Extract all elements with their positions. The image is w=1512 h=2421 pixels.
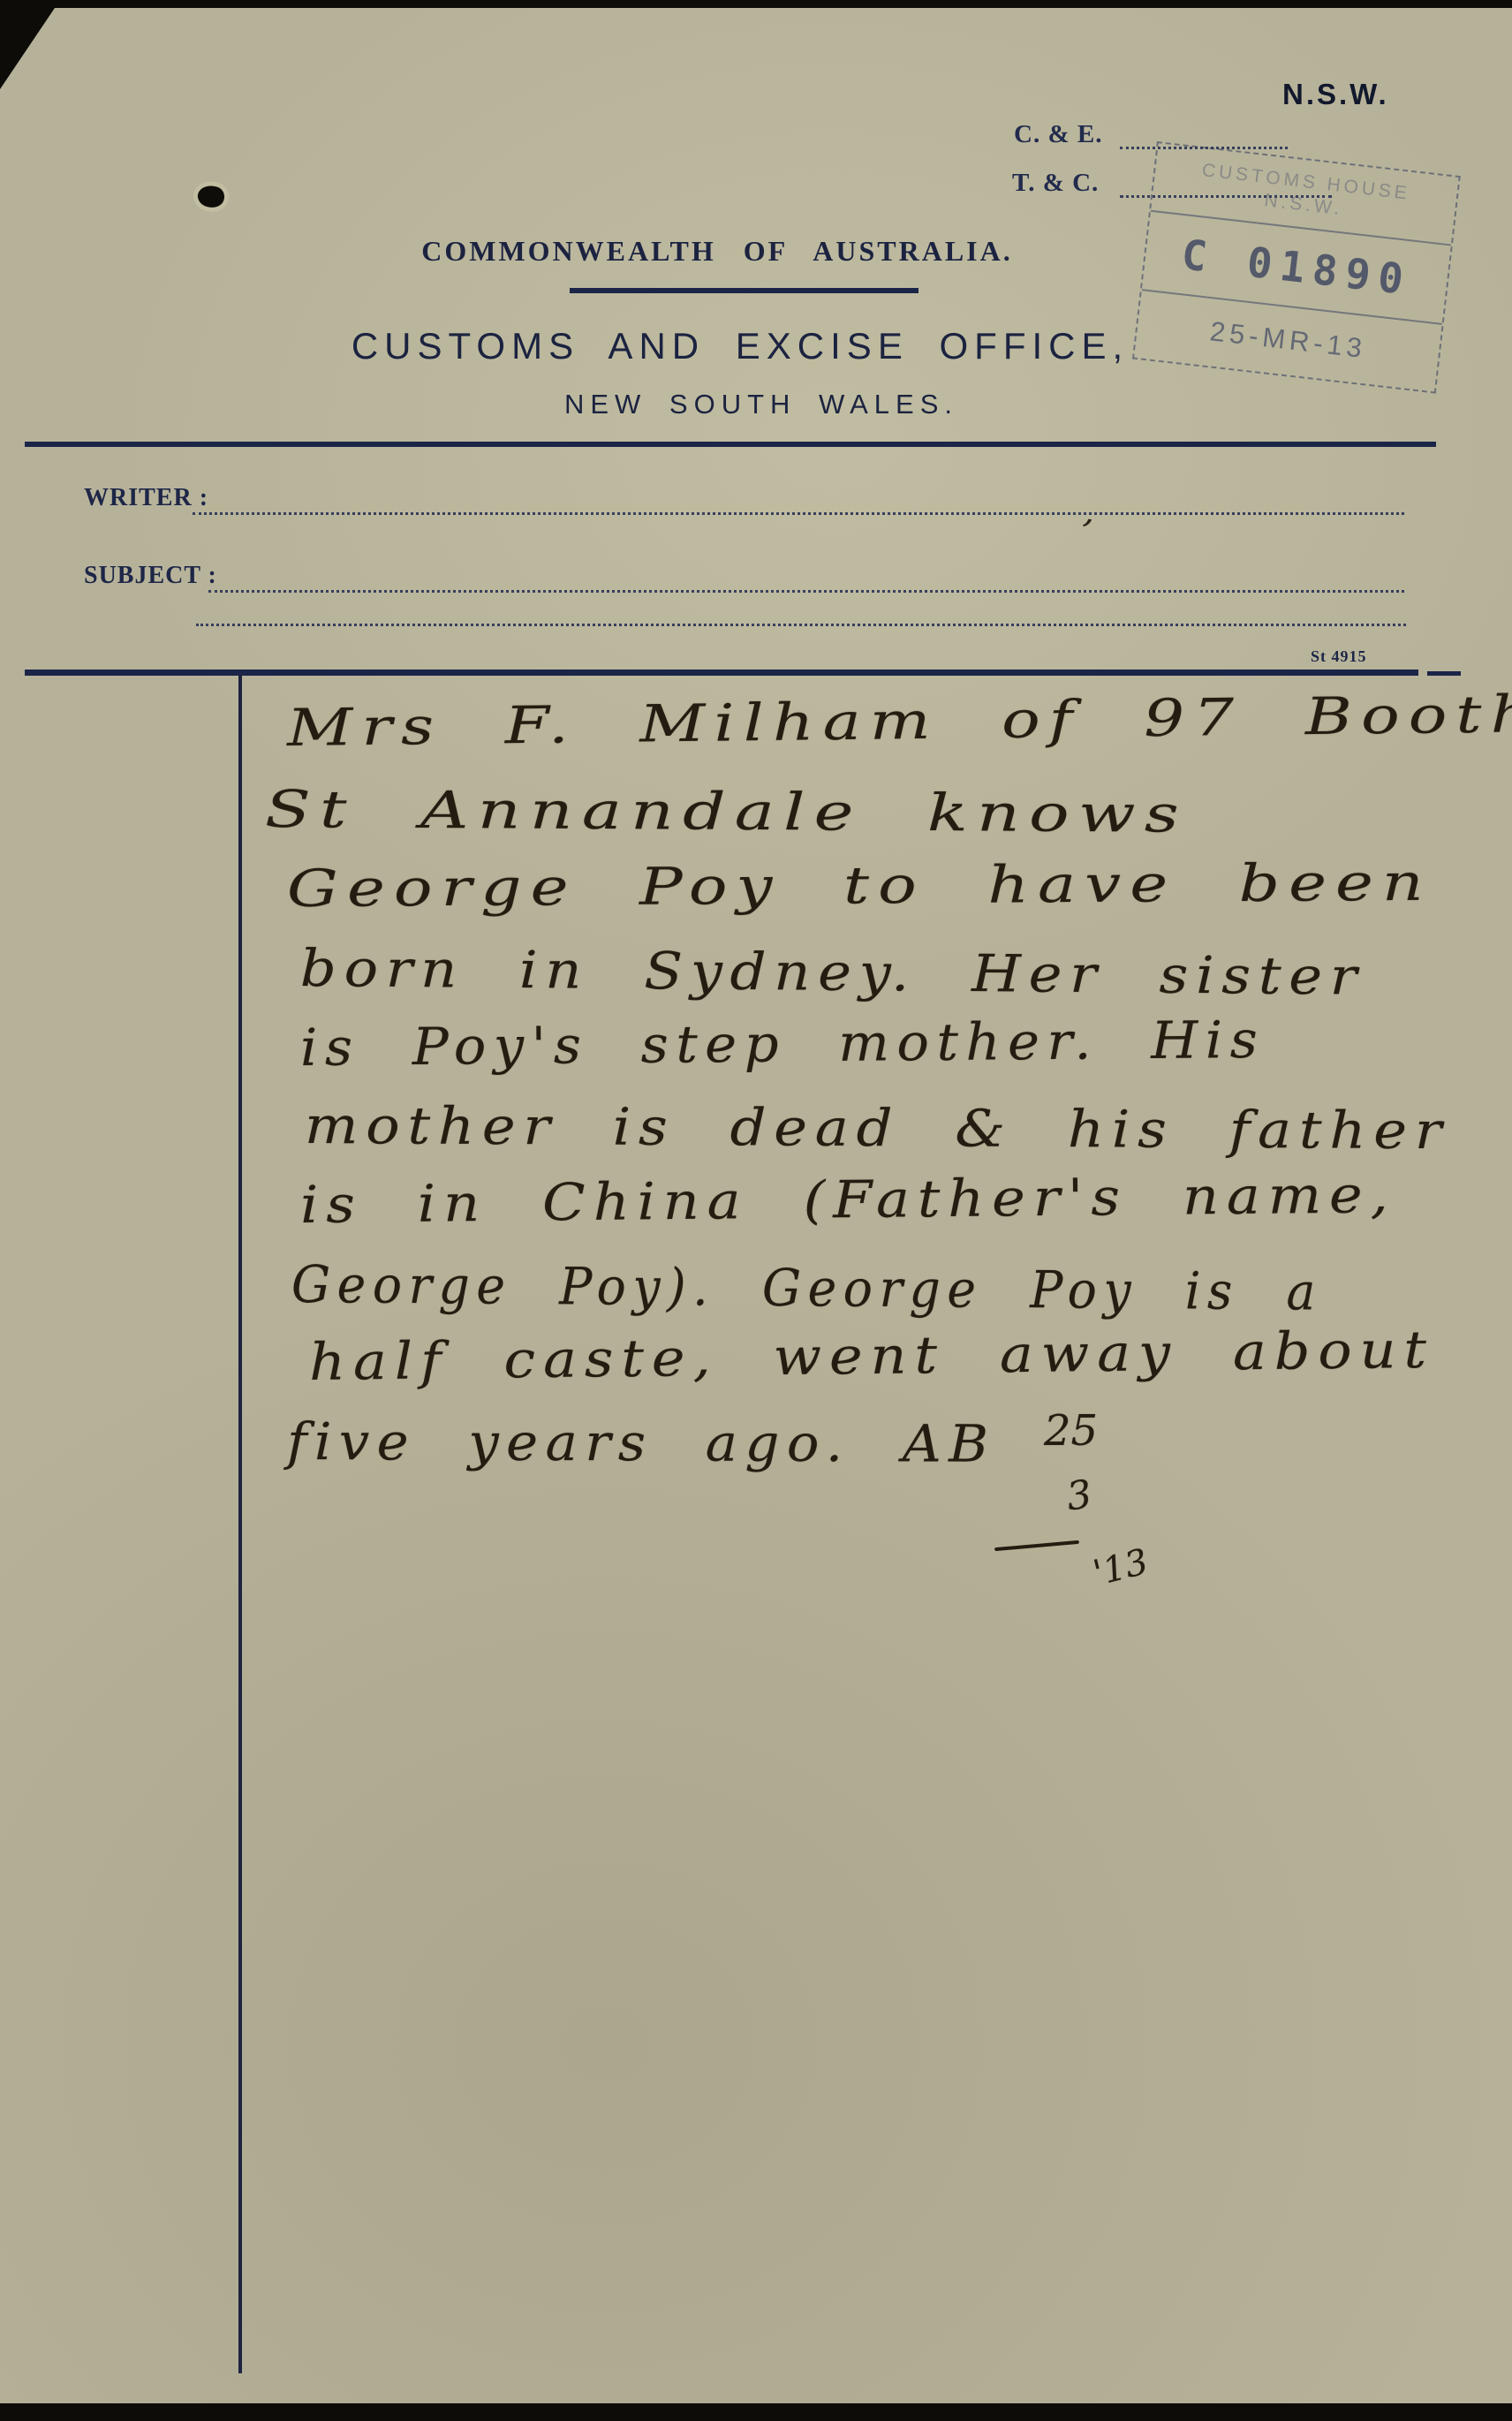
letterhead-commonwealth: COMMONWEALTH OF AUSTRALIA.	[421, 235, 1012, 268]
region-label: N.S.W.	[1282, 78, 1450, 111]
handwritten-line: George Poy to have been	[287, 852, 1433, 919]
form-number: St 4915	[1311, 647, 1367, 666]
horizontal-rule-bottom-end	[1427, 671, 1461, 676]
subject-field-label: SUBJECT :	[84, 562, 217, 590]
subject-field-line	[208, 590, 1404, 593]
handwritten-line: mother is dead & his father	[305, 1095, 1450, 1161]
scanned-document-page: N.S.W. C. & E. T. & C. CUSTOMS HOUSE N.S…	[0, 0, 1512, 2421]
handwritten-line: George Poy). George Poy is a	[291, 1254, 1322, 1322]
handwritten-line: born in Sydney. Her sister	[300, 938, 1365, 1007]
writer-field-line	[193, 512, 1404, 515]
ce-reference-label: C. & E.	[1014, 120, 1102, 149]
handwritten-date-day: 25	[1044, 1406, 1098, 1456]
handwritten-line: half caste, went away about	[309, 1320, 1435, 1392]
handwritten-line: is in China (Father's name,	[300, 1164, 1396, 1235]
subject-continuation-line	[196, 624, 1406, 626]
handwritten-line: St Annandale knows	[265, 779, 1189, 844]
horizontal-rule-bottom	[25, 670, 1418, 676]
customs-date-stamp: CUSTOMS HOUSE N.S.W. C 01890 25-MR-13	[1132, 141, 1461, 394]
tc-reference-label: T. & C.	[1012, 169, 1099, 198]
handwritten-line: is Poy's step mother. His	[300, 1010, 1266, 1078]
letterhead-state: NEW SOUTH WALES.	[564, 389, 958, 420]
letterhead-office: CUSTOMS AND EXCISE OFFICE,	[352, 325, 1129, 367]
handwritten-line: five years ago. AB	[287, 1411, 996, 1474]
letterhead-divider	[570, 288, 919, 293]
writer-field-label: WRITER :	[84, 484, 208, 512]
margin-rule	[238, 676, 242, 2373]
horizontal-rule-top	[25, 442, 1436, 447]
